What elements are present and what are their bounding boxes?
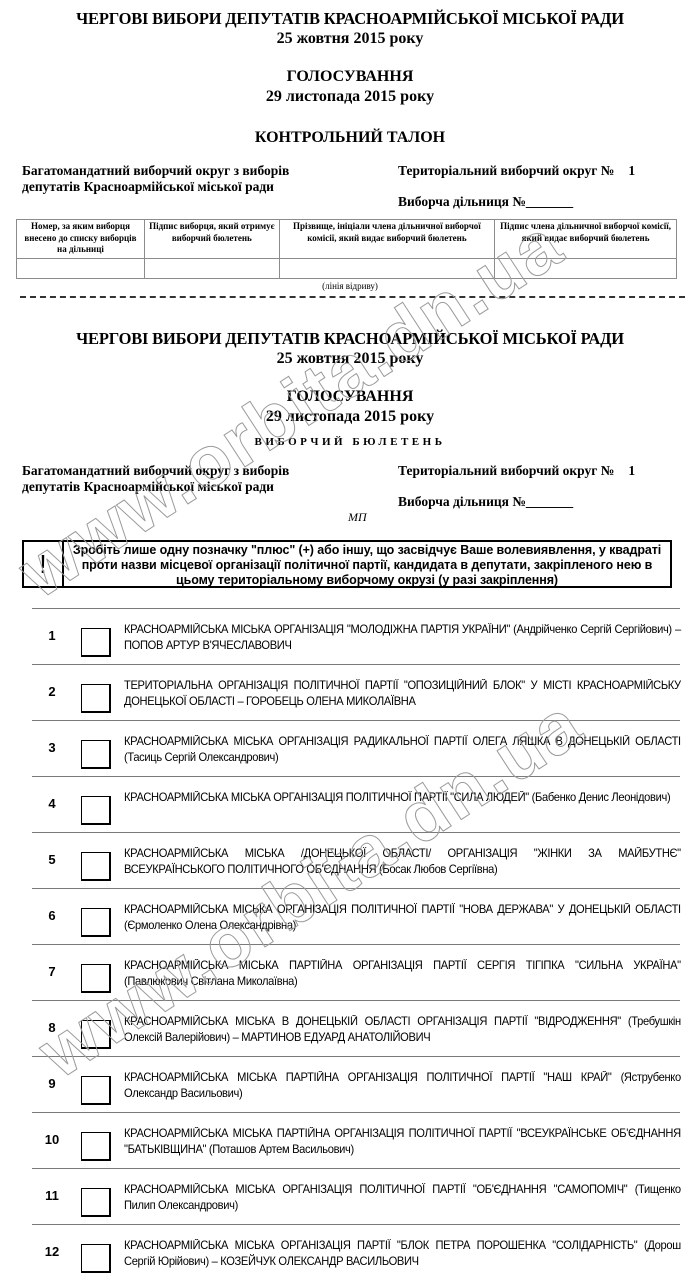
stub-precinct: Виборча дільниця №_______	[398, 194, 573, 210]
vote-checkbox[interactable]	[81, 1188, 111, 1217]
candidate-number: 12	[32, 1244, 72, 1259]
vote-checkbox[interactable]	[81, 1132, 111, 1161]
candidate-row: 10КРАСНОАРМІЙСЬКА МІСЬКА ПАРТІЙНА ОРГАНІ…	[32, 1112, 680, 1168]
vote-checkbox[interactable]	[81, 908, 111, 937]
ballot-territorial-label: Територіальний виборчий округ №	[398, 463, 614, 478]
candidate-row: 2ТЕРИТОРІАЛЬНА ОРГАНІЗАЦІЯ ПОЛІТИЧНОЇ ПА…	[32, 664, 680, 720]
candidate-number: 6	[32, 908, 72, 923]
vote-checkbox[interactable]	[81, 1244, 111, 1273]
stamp-placeholder: МП	[348, 510, 367, 525]
vote-checkbox[interactable]	[81, 852, 111, 881]
ballot-election-title: ЧЕРГОВІ ВИБОРИ ДЕПУТАТІВ КРАСНОАРМІЙСЬКО…	[0, 329, 700, 349]
candidate-list: 1КРАСНОАРМІЙСЬКА МІСЬКА ОРГАНІЗАЦІЯ "МОЛ…	[32, 608, 680, 1280]
ballot-voting-date: 29 листопада 2015 року	[0, 407, 700, 427]
candidate-label: КРАСНОАРМІЙСЬКА МІСЬКА ПАРТІЙНА ОРГАНІЗА…	[124, 1126, 681, 1157]
stub-cell-commission-member-signature[interactable]	[495, 259, 677, 279]
stub-col-commission-member-signature: Підпис члена дільничної виборчої комісії…	[495, 220, 677, 259]
vote-checkbox[interactable]	[81, 684, 111, 713]
candidate-label: КРАСНОАРМІЙСЬКА МІСЬКА ОРГАНІЗАЦІЯ "МОЛО…	[124, 622, 681, 653]
ballot-election-date: 25 жовтня 2015 року	[0, 349, 700, 369]
stub-table: Номер, за яким виборця внесено до списку…	[16, 219, 677, 279]
instruction-text: Зробіть лише одну позначку "плюс" (+) аб…	[64, 542, 670, 586]
stub-election-title: ЧЕРГОВІ ВИБОРИ ДЕПУТАТІВ КРАСНОАРМІЙСЬКО…	[0, 9, 700, 29]
stub-district-line1: Багатомандатний виборчий округ з виборів	[22, 163, 289, 179]
candidate-row: 5КРАСНОАРМІЙСЬКА МІСЬКА /ДОНЕЦЬКОЇ ОБЛАС…	[32, 832, 680, 888]
candidate-number: 2	[32, 684, 72, 699]
stub-cell-voter-signature[interactable]	[144, 259, 279, 279]
stub-col-voter-number: Номер, за яким виборця внесено до списку…	[17, 220, 145, 259]
vote-checkbox[interactable]	[81, 796, 111, 825]
stub-voting-label: ГОЛОСУВАННЯ	[0, 67, 700, 87]
candidate-number: 4	[32, 796, 72, 811]
ballot-district-info: Багатомандатний виборчий округ з виборів…	[22, 463, 289, 495]
tear-line	[20, 296, 685, 298]
ballot-territorial-number: 1	[628, 463, 635, 479]
candidate-row: 6КРАСНОАРМІЙСЬКА МІСЬКА ОРГАНІЗАЦІЯ ПОЛІ…	[32, 888, 680, 944]
candidate-row: 8КРАСНОАРМІЙСЬКА МІСЬКА В ДОНЕЦЬКІЙ ОБЛА…	[32, 1000, 680, 1056]
instruction-notice: ! Зробіть лише одну позначку "плюс" (+) …	[22, 540, 672, 588]
stub-doc-title: КОНТРОЛЬНИЙ ТАЛОН	[0, 128, 700, 148]
vote-checkbox[interactable]	[81, 964, 111, 993]
candidate-row: 7КРАСНОАРМІЙСЬКА МІСЬКА ПАРТІЙНА ОРГАНІЗ…	[32, 944, 680, 1000]
ballot-voting-block: ГОЛОСУВАННЯ 29 листопада 2015 року	[0, 387, 700, 427]
ballot-territorial: Територіальний виборчий округ №1	[398, 463, 635, 479]
candidate-label: КРАСНОАРМІЙСЬКА МІСЬКА ПАРТІЙНА ОРГАНІЗА…	[124, 958, 681, 989]
ballot-district-line1: Багатомандатний виборчий округ з виборів	[22, 463, 289, 479]
ballot-precinct: Виборча дільниця №_______	[398, 494, 573, 510]
ballot-voting-label: ГОЛОСУВАННЯ	[0, 387, 700, 407]
vote-checkbox[interactable]	[81, 740, 111, 769]
stub-territorial: Територіальний виборчий округ №1	[398, 163, 635, 179]
vote-checkbox[interactable]	[81, 628, 111, 657]
stub-territorial-label: Територіальний виборчий округ №	[398, 163, 614, 178]
candidate-row: 1КРАСНОАРМІЙСЬКА МІСЬКА ОРГАНІЗАЦІЯ "МОЛ…	[32, 608, 680, 664]
ballot-header: ЧЕРГОВІ ВИБОРИ ДЕПУТАТІВ КРАСНОАРМІЙСЬКО…	[0, 329, 700, 369]
candidate-row: 3КРАСНОАРМІЙСЬКА МІСЬКА ОРГАНІЗАЦІЯ РАДИ…	[32, 720, 680, 776]
stub-cell-commission-member-name[interactable]	[279, 259, 495, 279]
stub-cell-voter-number[interactable]	[17, 259, 145, 279]
ballot-doc-title: ВИБОРЧИЙ БЮЛЕТЕНЬ	[0, 436, 700, 448]
vote-checkbox[interactable]	[81, 1020, 111, 1049]
candidate-number: 8	[32, 1020, 72, 1035]
stub-header: ЧЕРГОВІ ВИБОРИ ДЕПУТАТІВ КРАСНОАРМІЙСЬКО…	[0, 9, 700, 49]
ballot-district-line2: депутатів Красноармійської міської ради	[22, 479, 289, 495]
candidate-label: КРАСНОАРМІЙСЬКА МІСЬКА ОРГАНІЗАЦІЯ ПОЛІТ…	[124, 790, 681, 806]
candidate-number: 10	[32, 1132, 72, 1147]
stub-voting-date: 29 листопада 2015 року	[0, 87, 700, 107]
candidate-label: ТЕРИТОРІАЛЬНА ОРГАНІЗАЦІЯ ПОЛІТИЧНОЇ ПАР…	[124, 678, 681, 709]
candidate-label: КРАСНОАРМІЙСЬКА МІСЬКА ОРГАНІЗАЦІЯ РАДИК…	[124, 734, 681, 765]
candidate-label: КРАСНОАРМІЙСЬКА МІСЬКА В ДОНЕЦЬКІЙ ОБЛАС…	[124, 1014, 681, 1045]
stub-district-line2: депутатів Красноармійської міської ради	[22, 179, 289, 195]
candidate-label: КРАСНОАРМІЙСЬКА МІСЬКА ПАРТІЙНА ОРГАНІЗА…	[124, 1070, 681, 1101]
candidate-label: КРАСНОАРМІЙСЬКА МІСЬКА ОРГАНІЗАЦІЯ ПОЛІТ…	[124, 1182, 681, 1213]
candidate-row: 11КРАСНОАРМІЙСЬКА МІСЬКА ОРГАНІЗАЦІЯ ПОЛ…	[32, 1168, 680, 1224]
candidate-label: КРАСНОАРМІЙСЬКА МІСЬКА ОРГАНІЗАЦІЯ ПОЛІТ…	[124, 902, 681, 933]
stub-col-voter-signature: Підпис виборця, який отримує виборчий бю…	[144, 220, 279, 259]
candidate-label: КРАСНОАРМІЙСЬКА МІСЬКА ОРГАНІЗАЦІЯ ПАРТІ…	[124, 1238, 681, 1269]
candidate-number: 5	[32, 852, 72, 867]
stub-voting-block: ГОЛОСУВАННЯ 29 листопада 2015 року	[0, 67, 700, 107]
tear-line-label: (лінія відриву)	[0, 281, 700, 291]
candidate-row: 9КРАСНОАРМІЙСЬКА МІСЬКА ПАРТІЙНА ОРГАНІЗ…	[32, 1056, 680, 1112]
candidate-number: 1	[32, 628, 72, 643]
candidate-number: 9	[32, 1076, 72, 1091]
stub-election-date: 25 жовтня 2015 року	[0, 29, 700, 49]
exclamation-icon: !	[24, 542, 64, 586]
candidate-label: КРАСНОАРМІЙСЬКА МІСЬКА /ДОНЕЦЬКОЇ ОБЛАСТ…	[124, 846, 681, 877]
stub-district-info: Багатомандатний виборчий округ з виборів…	[22, 163, 289, 195]
stub-col-commission-member-name: Прізвище, ініціали члена дільничної вибо…	[279, 220, 495, 259]
candidate-number: 3	[32, 740, 72, 755]
vote-checkbox[interactable]	[81, 1076, 111, 1105]
candidate-row: 12КРАСНОАРМІЙСЬКА МІСЬКА ОРГАНІЗАЦІЯ ПАР…	[32, 1224, 680, 1280]
stub-territorial-number: 1	[628, 163, 635, 179]
candidate-row: 4КРАСНОАРМІЙСЬКА МІСЬКА ОРГАНІЗАЦІЯ ПОЛІ…	[32, 776, 680, 832]
candidate-number: 11	[32, 1188, 72, 1203]
candidate-number: 7	[32, 964, 72, 979]
